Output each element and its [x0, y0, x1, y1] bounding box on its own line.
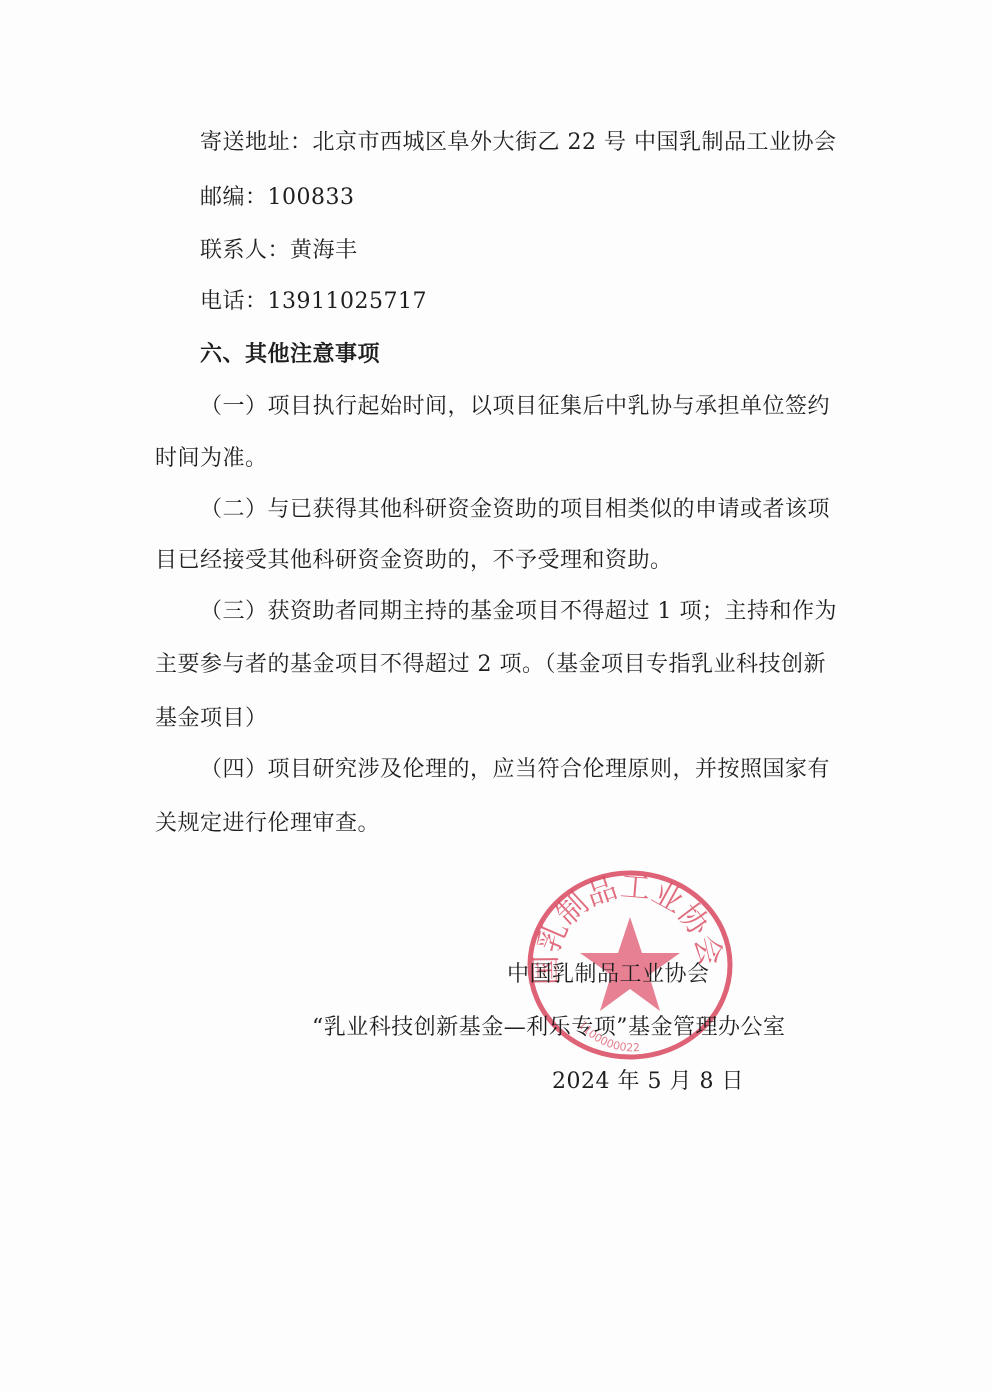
item1-line2: 时间为准。	[155, 444, 268, 474]
signature-office: “乳业科技创新基金—利乐专项”基金管理办公室	[312, 1013, 786, 1043]
signature-date: 2024 年 5 月 8 日	[552, 1067, 744, 1097]
document-page: 寄送地址：北京市西城区阜外大街乙 22 号 中国乳制品工业协会 邮编：10083…	[0, 0, 992, 1393]
postcode-line: 邮编：100833	[200, 183, 354, 213]
item2-line2: 目已经接受其他科研资金资助的，不予受理和资助。	[155, 546, 673, 576]
item4-line2: 关规定进行伦理审查。	[155, 809, 380, 839]
phone-line: 电话：13911025717	[200, 287, 427, 317]
contact-person-line: 联系人：黄海丰	[200, 236, 358, 266]
address-line: 寄送地址：北京市西城区阜外大街乙 22 号 中国乳制品工业协会	[200, 128, 836, 158]
item1-line1: （一）项目执行起始时间，以项目征集后中乳协与承担单位签约	[200, 392, 830, 422]
item2-line1: （二）与已获得其他科研资金资助的项目相类似的申请或者该项	[200, 495, 830, 525]
item4-line1: （四）项目研究涉及伦理的，应当符合伦理原则，并按照国家有	[200, 755, 830, 785]
item3-line2: 主要参与者的基金项目不得超过 2 项。（基金项目专指乳业科技创新	[155, 650, 826, 680]
item3-line1: （三）获资助者同期主持的基金项目不得超过 1 项；主持和作为	[200, 597, 837, 627]
signature-org: 中国乳制品工业协会	[507, 960, 710, 990]
item3-line3: 基金项目）	[155, 704, 268, 734]
section-heading: 六、其他注意事项	[200, 339, 380, 369]
